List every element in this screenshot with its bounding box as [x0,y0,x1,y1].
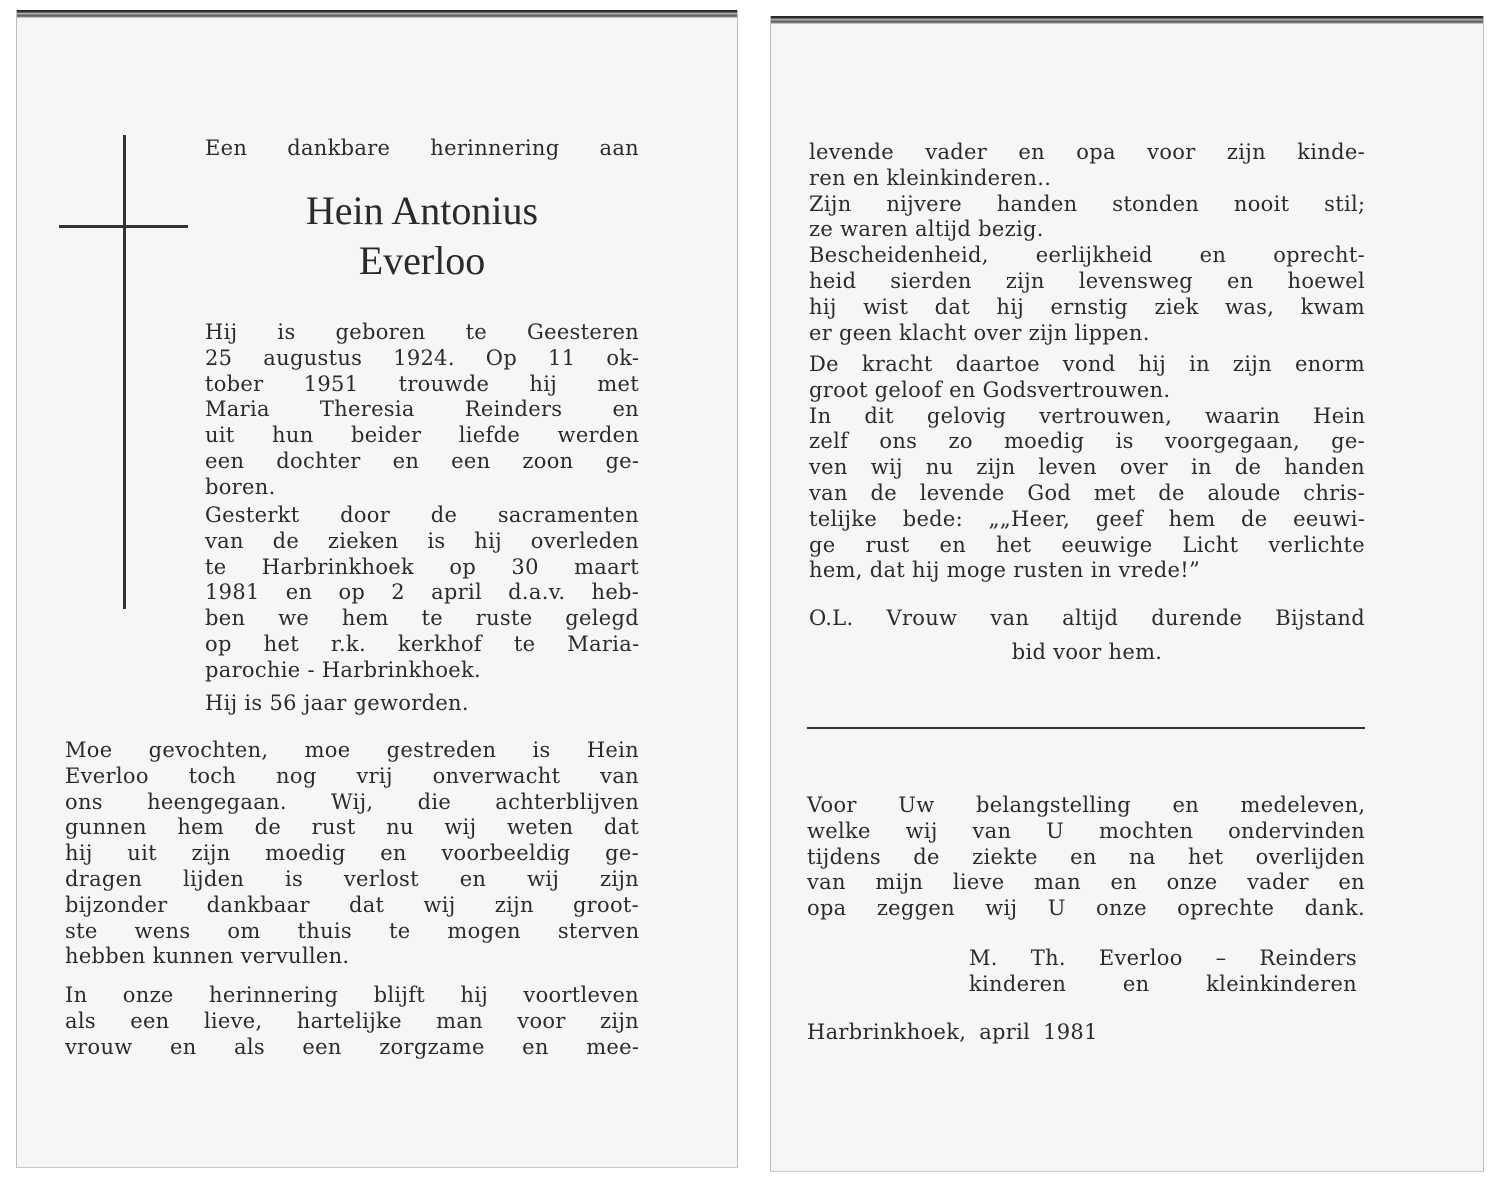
text-line: boren. [205,475,639,501]
text-line: Moe gevochten, moe gestreden is Hein [65,738,639,764]
text-line: De kracht daartoe vond hij in zijn enorm [809,352,1365,378]
memory-paragraph: In onze herinnering blijft hij voortleve… [65,983,639,1060]
deceased-name-first: Hein Antonius [205,186,639,236]
text-line: op het r.k. kerkhof te Maria- [205,632,639,658]
place-date: Harbrinkhoek, april 1981 [807,1020,1207,1046]
text-line: als een lieve, hartelijke man voor zijn [65,1009,639,1035]
text-line: O.L. Vrouw van altijd durende Bijstand [809,601,1365,635]
text-line: opa zeggen wij U onze oprechte dank. [807,896,1365,922]
text-line: hem, dat hij moge rusten in vrede!” [809,558,1365,584]
text-line: tijdens de ziekte en na het overlijden [807,845,1365,871]
continuation-paragraph: levende vader en opa voor zijn kinde- re… [809,140,1365,346]
text-line: ben we hem te ruste gelegd [205,606,639,632]
text-line: gunnen hem de rust nu wij weten dat [65,815,639,841]
text-line: 25 augustus 1924. Op 11 ok- [205,346,639,372]
text-line: hij uit zijn moedig en voorbeeldig ge- [65,841,639,867]
thanks-paragraph: Voor Uw belangstelling en medeleven, wel… [807,793,1365,922]
text-line: Hij is 56 jaar geworden. [205,691,639,717]
text-line: ste wens om thuis te mogen sterven [65,919,639,945]
memorial-card-right: levende vader en opa voor zijn kinde- re… [770,16,1484,1172]
intro-line: Een dankbare herinnering aan [205,136,639,162]
text-line: van de levende God met de aloude chris- [809,481,1365,507]
text-line: In dit gelovig vertrouwen, waarin Hein [809,404,1365,430]
text-line: heid sierden zijn levensweg en hoewel [809,269,1365,295]
text-line: Everloo toch nog vrij onverwacht van [65,764,639,790]
text-line: een dochter en een zoon ge- [205,449,639,475]
text-line: Gesterkt door de sacramenten [205,503,639,529]
section-divider [807,727,1365,729]
text-line: vrouw en als een zorgzame en mee- [65,1035,639,1061]
text-line: In onze herinnering blijft hij voortleve… [65,983,639,1009]
text-line: ge rust en het eeuwige Licht verlichte [809,533,1365,559]
text-line: hebben kunnen vervullen. [65,944,639,970]
signature-name: M. Th. Everloo – Reinders [969,946,1357,972]
text-line: tober 1951 trouwde hij met [205,372,639,398]
text-line: levende vader en opa voor zijn kinde- [809,140,1365,166]
text-line: welke wij van U mochten ondervinden [807,819,1365,845]
text-line: hij wist dat hij ernstig ziek was, kwam [809,295,1365,321]
memorial-card-left: Een dankbare herinnering aan Hein Antoni… [16,10,738,1168]
card-top-edge [771,16,1483,24]
text-line: van de zieken is hij overleden [205,529,639,555]
deceased-name-last: Everloo [205,236,639,286]
text-line: 1981 en op 2 april d.a.v. heb- [205,580,639,606]
text-line: Harbrinkhoek, april 1981 [807,1020,1207,1046]
text-line: er geen klacht over zijn lippen. [809,321,1365,347]
text-line: groot geloof en Godsvertrouwen. [809,378,1365,404]
tribute-paragraph: Moe gevochten, moe gestreden is Hein Eve… [65,738,639,970]
biography-paragraph: Hij is geboren te Geesteren 25 augustus … [205,320,639,501]
text-line: parochie - Harbrinkhoek. [205,658,639,684]
text-line: te Harbrinkhoek op 30 maart [205,555,639,581]
text-line: zelf ons zo moedig is voorgegaan, ge- [809,429,1365,455]
text-line: telijke bede: „„Heer, geef hem de eeuwi- [809,507,1365,533]
text-line: bijzonder dankbaar dat wij zijn groot- [65,893,639,919]
text-line: Zijn nijvere handen stonden nooit stil; [809,192,1365,218]
text-line: Maria Theresia Reinders en [205,397,639,423]
intro-text: Een dankbare herinnering aan [205,136,639,162]
text-line: ren en kleinkinderen.. [809,166,1365,192]
text-line: Hij is geboren te Geesteren [205,320,639,346]
text-line: uit hun beider liefde werden [205,423,639,449]
text-line: bid voor hem. [809,635,1365,669]
signature-family: kinderen en kleinkinderen [969,972,1357,998]
cross-icon-bar [59,225,188,228]
text-line: dragen lijden is verlost en wij zijn [65,867,639,893]
text-line: van mijn lieve man en onze vader en [807,870,1365,896]
text-line: ons heengegaan. Wij, die achterblijven [65,790,639,816]
age-paragraph: Hij is 56 jaar geworden. [205,691,639,717]
deceased-name: Hein Antonius Everloo [205,186,639,286]
cross-icon [123,135,126,609]
text-line: Bescheidenheid, eerlijkheid en oprecht- [809,243,1365,269]
text-line: ze waren altijd bezig. [809,217,1365,243]
prayer-invocation: O.L. Vrouw van altijd durende Bijstand b… [809,601,1365,669]
card-top-edge [17,10,737,18]
faith-paragraph: De kracht daartoe vond hij in zijn enorm… [809,352,1365,584]
signature-block: M. Th. Everloo – Reinders kinderen en kl… [969,946,1357,998]
text-line: Voor Uw belangstelling en medeleven, [807,793,1365,819]
death-paragraph: Gesterkt door de sacramenten van de ziek… [205,503,639,684]
text-line: ven wij nu zijn leven over in de handen [809,455,1365,481]
